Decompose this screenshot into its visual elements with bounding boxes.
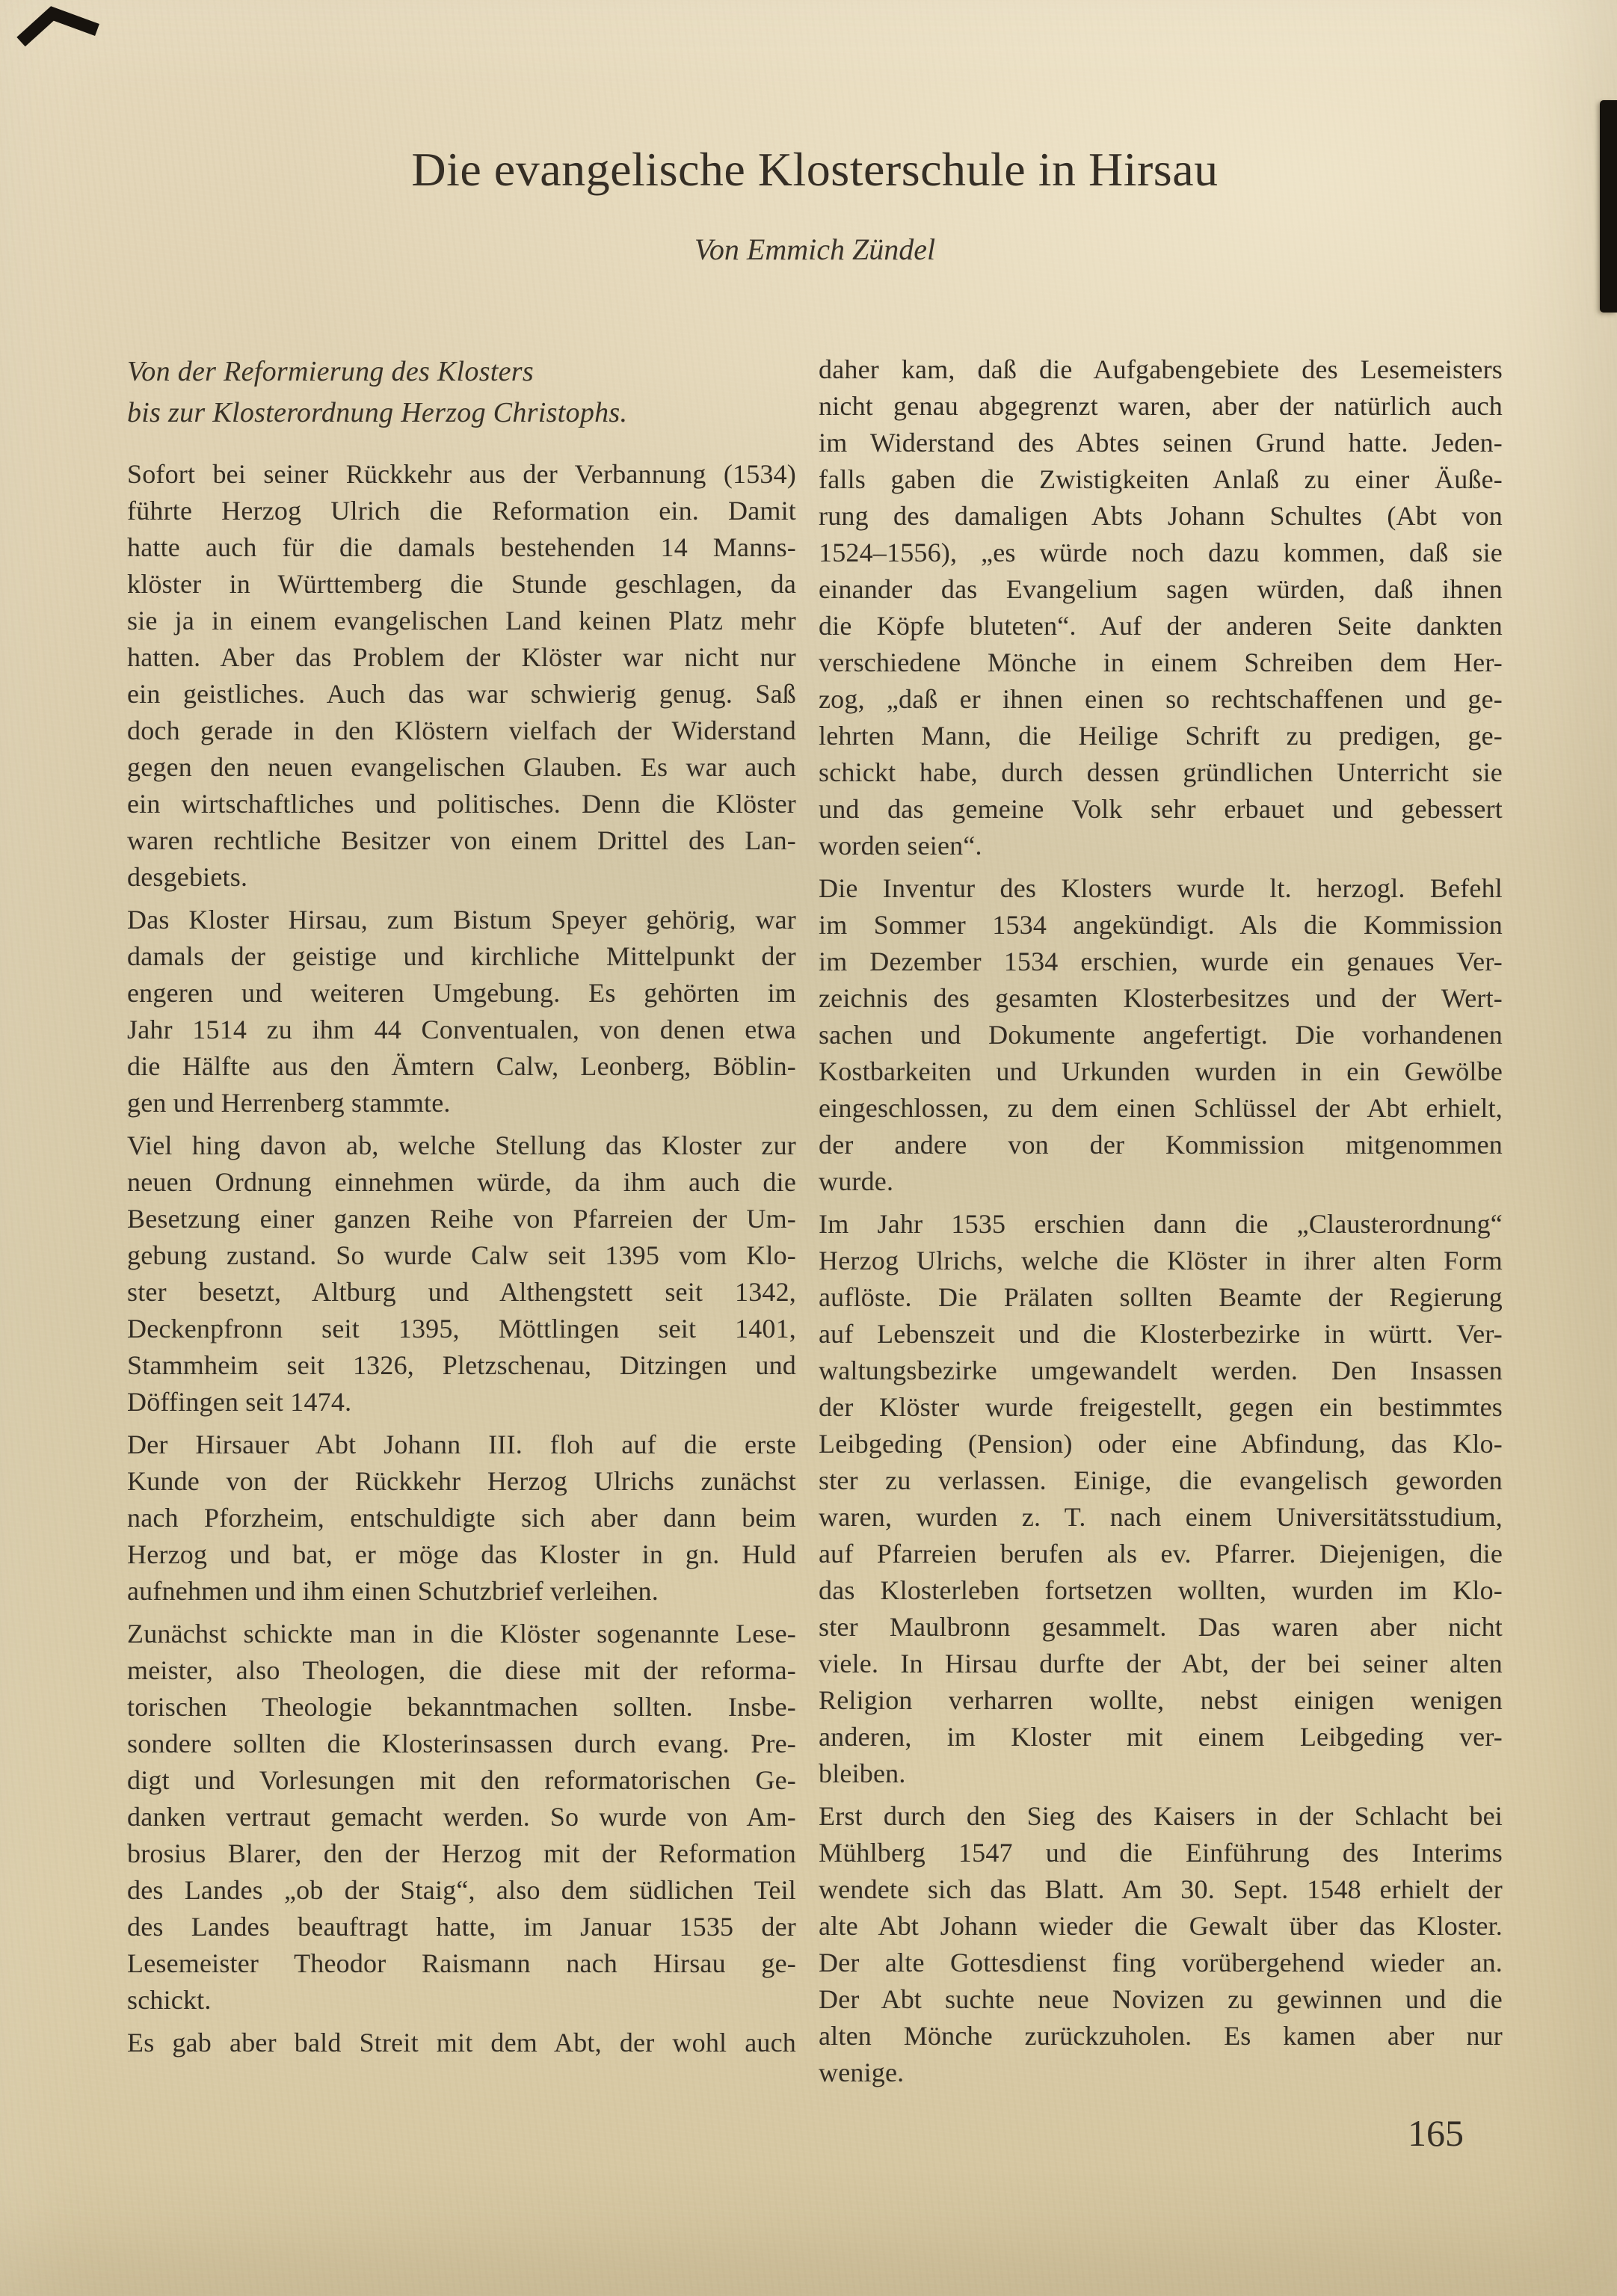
text-line: Mühlberg 1547 und die Einführung des Int… — [819, 1835, 1503, 1871]
text-line: ster besetzt, Altburg und Althengstett s… — [127, 1274, 796, 1311]
text-line: klöster in Württemberg die Stunde geschl… — [127, 566, 796, 603]
text-line: gegen den neuen evangelischen Glauben. E… — [127, 749, 796, 786]
paragraph: Sofort bei seiner Rückkehr aus der Verba… — [127, 456, 796, 896]
text-line: des Landes beauftragt hatte, im Januar 1… — [127, 1909, 796, 1945]
text-line: sachen und Dokumente angefertigt. Die vo… — [819, 1017, 1503, 1053]
paragraph: Das Kloster Hirsau, zum Bistum Speyer ge… — [127, 902, 796, 1121]
article-title: Die evangelische Klosterschule in Hirsau — [127, 142, 1503, 197]
text-line: Das Kloster Hirsau, zum Bistum Speyer ge… — [127, 902, 796, 938]
text-line: Viel hing davon ab, welche Stellung das … — [127, 1127, 796, 1164]
text-line: rung des damaligen Abts Johann Schultes … — [819, 498, 1503, 535]
text-line: Der Abt suchte neue Novizen zu gewinnen … — [819, 1981, 1503, 2018]
text-line: auflöste. Die Prälaten sollten Beamte de… — [819, 1279, 1503, 1316]
text-line: im Dezember 1534 erschien, wurde ein gen… — [819, 944, 1503, 980]
text-line: Kostbarkeiten und Urkunden wurden in ein… — [819, 1053, 1503, 1090]
text-line: führte Herzog Ulrich die Reformation ein… — [127, 493, 796, 529]
text-line: gebung zustand. So wurde Calw seit 1395 … — [127, 1237, 796, 1274]
text-line: Kunde von der Rückkehr Herzog Ulrichs zu… — [127, 1463, 796, 1500]
text-line: digt und Vorlesungen mit den reformatori… — [127, 1762, 796, 1799]
right-column: daher kam, daß die Aufgabengebiete des L… — [819, 351, 1503, 2097]
text-line: im Widerstand des Abtes seinen Grund hat… — [819, 425, 1503, 461]
text-line: Im Jahr 1535 erschien dann die „Clauster… — [819, 1206, 1503, 1243]
text-line: Es gab aber bald Streit mit dem Abt, der… — [127, 2025, 796, 2061]
text-line: ster Maulbronn gesammelt. Das waren aber… — [819, 1609, 1503, 1646]
text-line: des Landes „ob der Staig“, also dem südl… — [127, 1872, 796, 1909]
text-line: waren, wurden z. T. nach einem Universit… — [819, 1499, 1503, 1536]
text-line: wenige. — [819, 2055, 1503, 2091]
paragraph: Die Inventur des Klosters wurde lt. herz… — [819, 870, 1503, 1200]
text-line: der Klöster wurde freigestellt, gegen ei… — [819, 1389, 1503, 1426]
text-line: Religion verharren wollte, nebst einigen… — [819, 1682, 1503, 1719]
text-line: sie ja in einem evangelischen Land keine… — [127, 603, 796, 639]
text-line: zog, „daß er ihnen einen so rechtschaffe… — [819, 681, 1503, 718]
text-line: viele. In Hirsau durfte der Abt, der bei… — [819, 1646, 1503, 1682]
text-line: brosius Blarer, den der Herzog mit der R… — [127, 1835, 796, 1872]
text-line: ster zu verlassen. Einige, die evangelis… — [819, 1462, 1503, 1499]
paragraph: Es gab aber bald Streit mit dem Abt, der… — [127, 2025, 796, 2061]
left-column-paragraphs: Sofort bei seiner Rückkehr aus der Verba… — [127, 456, 796, 2061]
text-line: falls gaben die Zwistigkeiten Anlaß zu e… — [819, 461, 1503, 498]
text-line: Deckenpfronn seit 1395, Möttlingen seit … — [127, 1311, 796, 1347]
text-line: die Hälfte aus den Ämtern Calw, Leonberg… — [127, 1048, 796, 1085]
text-line: desgebiets. — [127, 859, 796, 896]
left-column: Von der Reformierung des Klosters bis zu… — [127, 351, 796, 2097]
text-line: alte Abt Johann wieder die Gewalt über d… — [819, 1908, 1503, 1945]
text-line: Lesemeister Theodor Raismann nach Hirsau… — [127, 1945, 796, 1982]
text-line: danken vertraut gemacht werden. So wurde… — [127, 1799, 796, 1835]
paragraph: Zunächst schickte man in die Klöster sog… — [127, 1616, 796, 2019]
text-line: torischen Theologie bekanntmachen sollte… — [127, 1689, 796, 1726]
text-line: 1524–1556), „es würde noch dazu kommen, … — [819, 535, 1503, 571]
text-line: neuen Ordnung einnehmen würde, da ihm au… — [127, 1164, 796, 1201]
scan-artifact-ink-mark-icon — [13, 4, 103, 57]
text-line: der andere von der Kommission mitgenomme… — [819, 1127, 1503, 1163]
text-line: hatte auch für die damals bestehenden 14… — [127, 529, 796, 566]
text-line: einander das Evangelium sagen würden, da… — [819, 571, 1503, 608]
text-line: nach Pforzheim, entschuldigte sich aber … — [127, 1500, 796, 1536]
text-line: auf Lebenszeit und die Klosterbezirke in… — [819, 1316, 1503, 1352]
text-line: Herzog und bat, er möge das Kloster in g… — [127, 1536, 796, 1573]
text-line: Sofort bei seiner Rückkehr aus der Verba… — [127, 456, 796, 493]
paragraph: Viel hing davon ab, welche Stellung das … — [127, 1127, 796, 1421]
paragraph: Der Hirsauer Abt Johann III. floh auf di… — [127, 1426, 796, 1610]
text-line: eingeschlossen, zu dem einen Schlüssel d… — [819, 1090, 1503, 1127]
section-heading-line: bis zur Klosterordnung Herzog Christophs… — [127, 393, 796, 434]
scan-artifact-edge-bar — [1600, 100, 1617, 313]
text-line: im Sommer 1534 angekündigt. Als die Komm… — [819, 907, 1503, 944]
section-heading-line: Von der Reformierung des Klosters — [127, 351, 796, 393]
right-column-paragraphs: daher kam, daß die Aufgabengebiete des L… — [819, 351, 1503, 2091]
paragraph: daher kam, daß die Aufgabengebiete des L… — [819, 351, 1503, 864]
text-line: ein wirtschaftliches und politisches. De… — [127, 786, 796, 822]
text-line: engeren und weiteren Umgebung. Es gehört… — [127, 975, 796, 1012]
text-line: ein geistliches. Auch das war schwierig … — [127, 676, 796, 713]
text-line: schickt. — [127, 1982, 796, 2019]
text-line: Leibgeding (Pension) oder eine Abfindung… — [819, 1426, 1503, 1462]
paragraph: Erst durch den Sieg des Kaisers in der S… — [819, 1798, 1503, 2091]
text-line: Jahr 1514 zu ihm 44 Conventualen, von de… — [127, 1012, 796, 1048]
text-line: daher kam, daß die Aufgabengebiete des L… — [819, 351, 1503, 388]
text-line: Besetzung einer ganzen Reihe von Pfarrei… — [127, 1201, 796, 1237]
text-line: Der alte Gottesdienst fing vorübergehend… — [819, 1945, 1503, 1981]
text-line: und das gemeine Volk sehr erbauet und ge… — [819, 791, 1503, 828]
text-line: waren rechtliche Besitzer von einem Drit… — [127, 822, 796, 859]
text-columns: Von der Reformierung des Klosters bis zu… — [127, 351, 1503, 2097]
text-line: aufnehmen und ihm einen Schutzbrief verl… — [127, 1573, 796, 1610]
text-line: bleiben. — [819, 1755, 1503, 1792]
text-line: zeichnis des gesamten Klosterbesitzes un… — [819, 980, 1503, 1017]
article-byline: Von Emmich Zündel — [127, 232, 1503, 267]
scanned-page: Die evangelische Klosterschule in Hirsau… — [0, 0, 1617, 2296]
page-number: 165 — [1408, 2111, 1464, 2155]
paragraph: Im Jahr 1535 erschien dann die „Clauster… — [819, 1206, 1503, 1792]
text-line: alten Mönche zurückzuholen. Es kamen abe… — [819, 2018, 1503, 2055]
text-line: Döffingen seit 1474. — [127, 1384, 796, 1421]
text-line: sondere sollten die Klosterinsassen durc… — [127, 1726, 796, 1762]
text-line: die Köpfe bluteten“. Auf der anderen Sei… — [819, 608, 1503, 644]
text-line: anderen, im Kloster mit einem Leibgeding… — [819, 1719, 1503, 1755]
text-line: damals der geistige und kirchliche Mitte… — [127, 938, 796, 975]
text-line: verschiedene Mönche in einem Schreiben d… — [819, 644, 1503, 681]
text-line: Erst durch den Sieg des Kaisers in der S… — [819, 1798, 1503, 1835]
section-heading: Von der Reformierung des Klosters bis zu… — [127, 351, 796, 434]
text-line: Herzog Ulrichs, welche die Klöster in ih… — [819, 1243, 1503, 1279]
text-line: auf Pfarreien berufen als ev. Pfarrer. D… — [819, 1536, 1503, 1572]
text-line: das Klosterleben fortsetzen wollten, wur… — [819, 1572, 1503, 1609]
text-line: doch gerade in den Klöstern vielfach der… — [127, 713, 796, 749]
text-line: nicht genau abgegrenzt waren, aber der n… — [819, 388, 1503, 425]
text-line: meister, also Theologen, die diese mit d… — [127, 1652, 796, 1689]
text-line: gen und Herrenberg stammte. — [127, 1085, 796, 1121]
text-line: worden seien“. — [819, 828, 1503, 864]
text-line: Zunächst schickte man in die Klöster sog… — [127, 1616, 796, 1652]
text-line: schickt habe, durch dessen gründlichen U… — [819, 754, 1503, 791]
text-line: wurde. — [819, 1163, 1503, 1200]
text-line: hatten. Aber das Problem der Klöster war… — [127, 639, 796, 676]
text-line: lehrten Mann, die Heilige Schrift zu pre… — [819, 718, 1503, 754]
text-line: waltungsbezirke umgewandelt werden. Den … — [819, 1352, 1503, 1389]
text-line: Die Inventur des Klosters wurde lt. herz… — [819, 870, 1503, 907]
text-line: Der Hirsauer Abt Johann III. floh auf di… — [127, 1426, 796, 1463]
text-line: wendete sich das Blatt. Am 30. Sept. 154… — [819, 1871, 1503, 1908]
text-line: Stammheim seit 1326, Pletzschenau, Ditzi… — [127, 1347, 796, 1384]
